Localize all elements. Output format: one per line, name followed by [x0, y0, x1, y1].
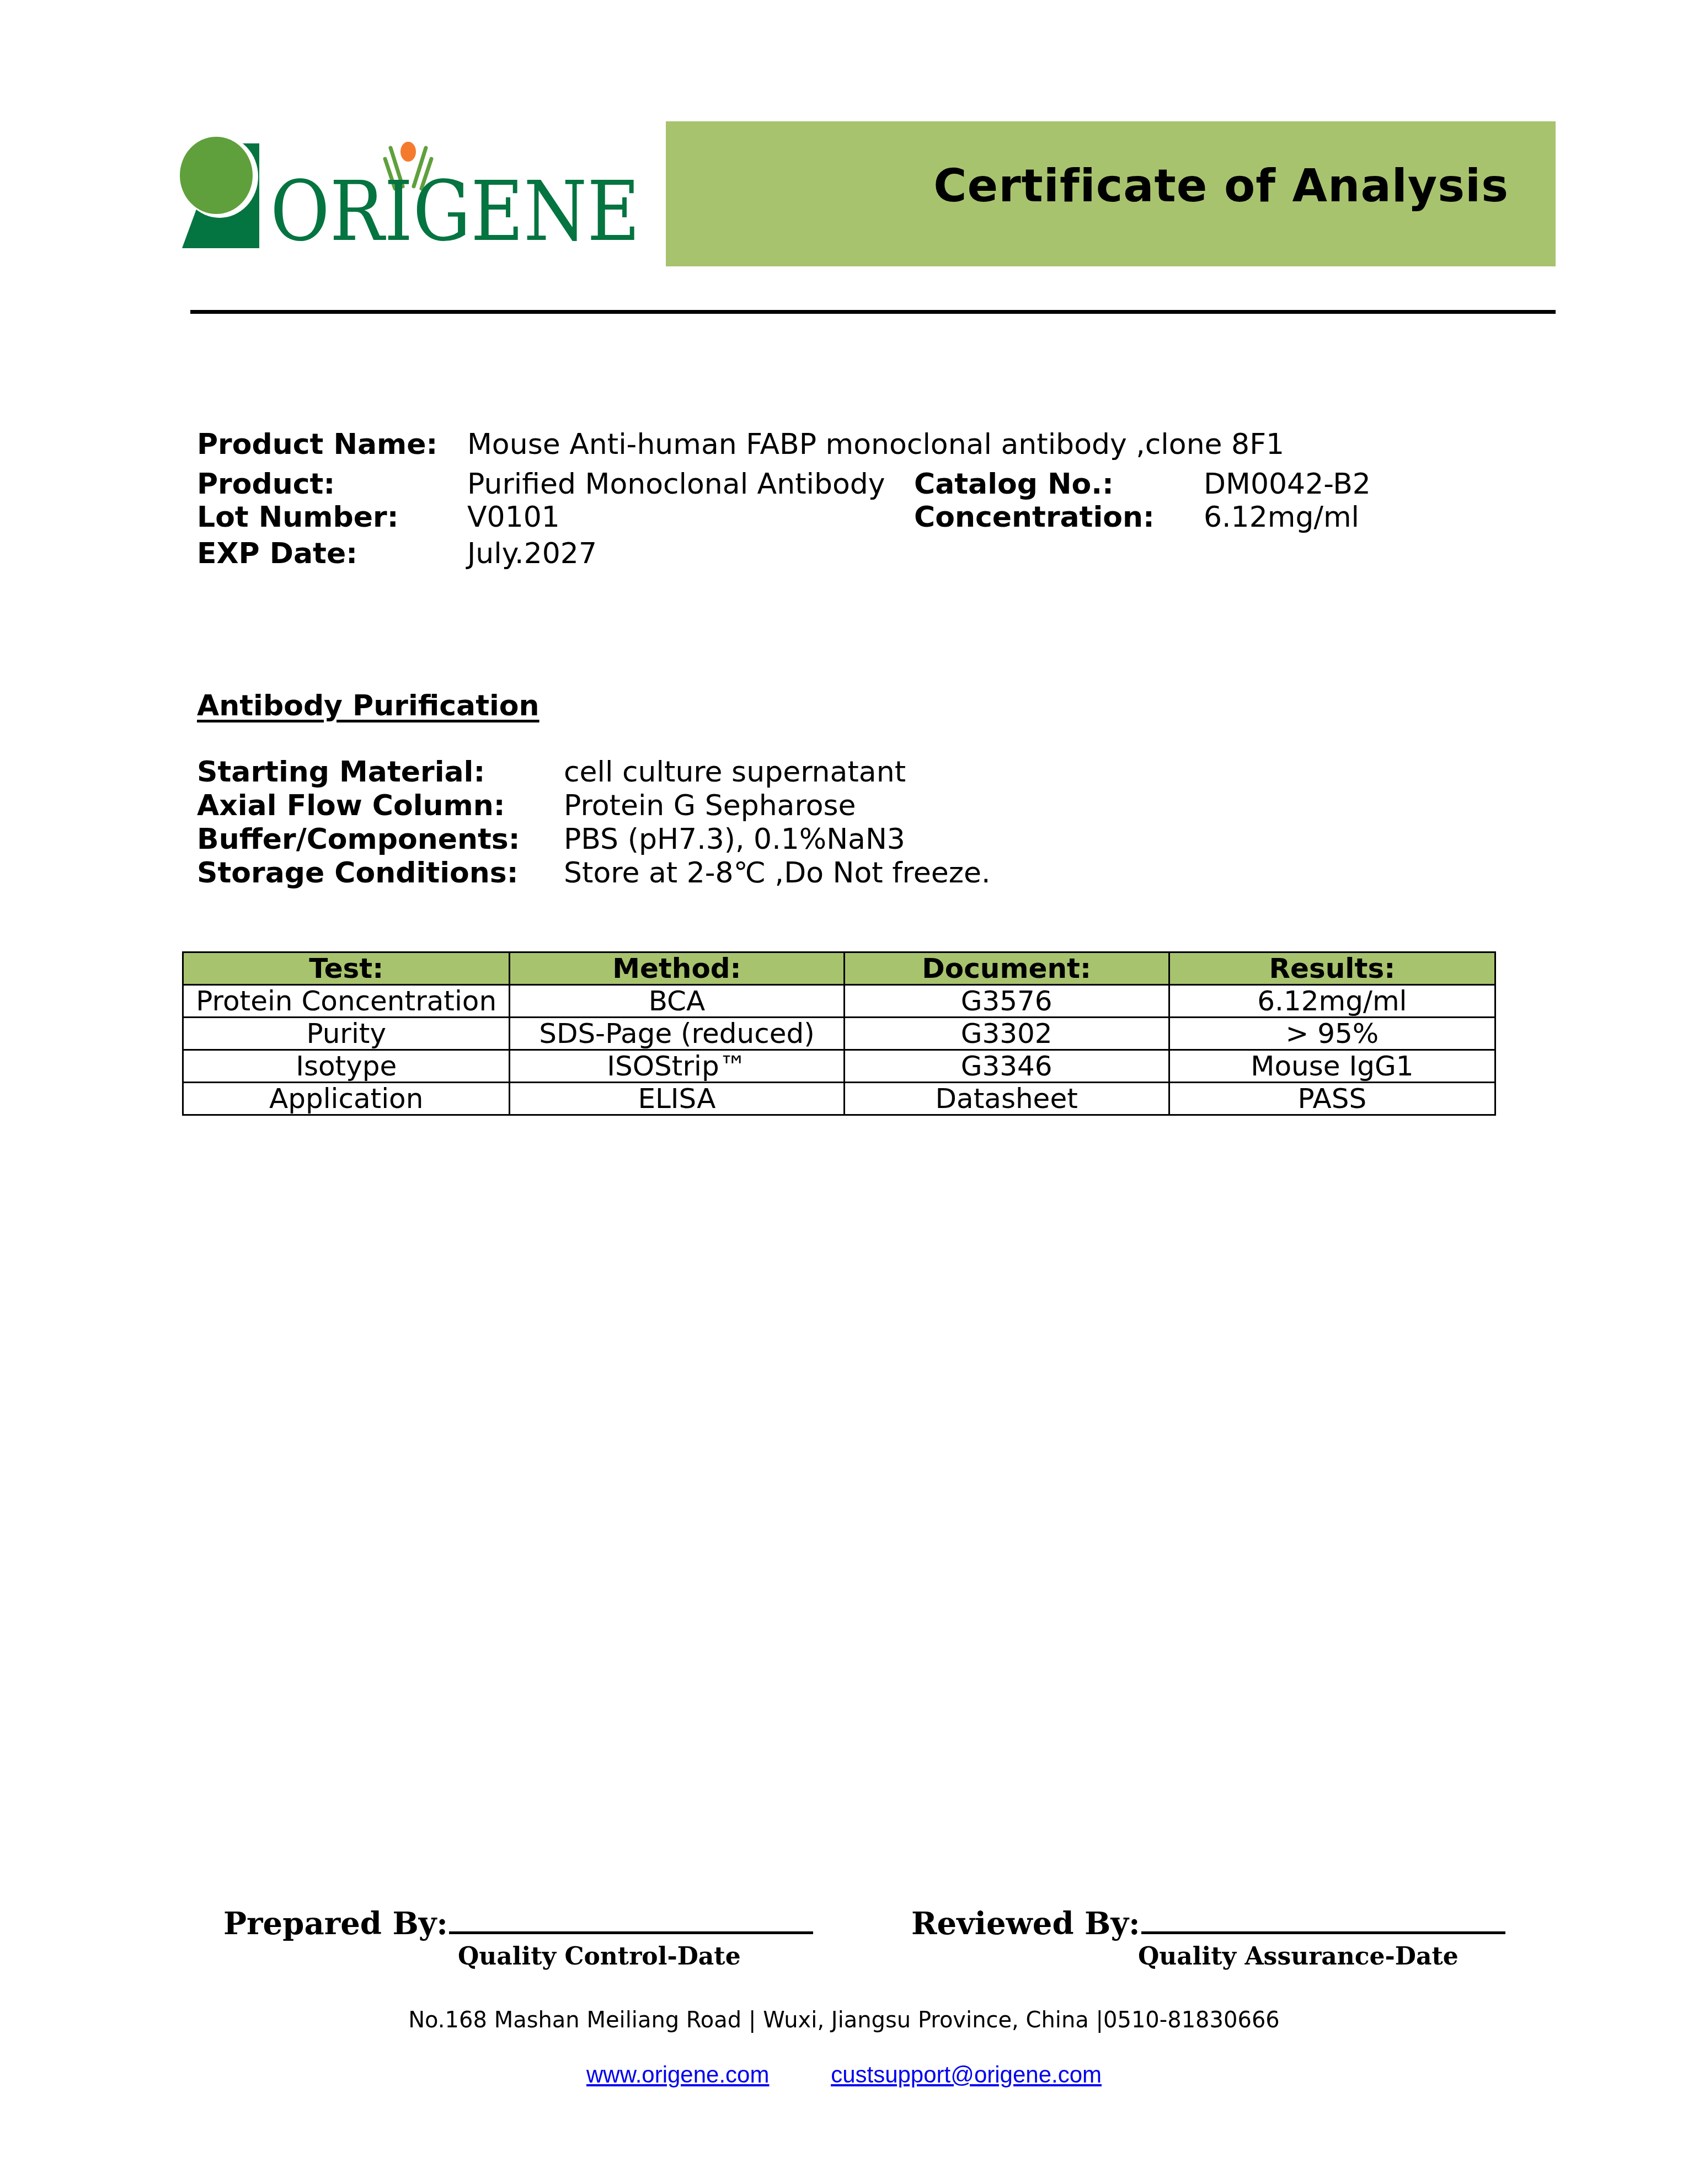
cell-method: SDS-Page (reduced) [510, 1018, 844, 1050]
purification-value: PBS (pH7.3), 0.1%NaN3 [564, 823, 905, 856]
origene-logo-icon: ORIGENE [177, 132, 645, 254]
cell-test: Application [183, 1083, 510, 1115]
cell-result: Mouse IgG1 [1169, 1050, 1495, 1083]
cell-method: BCA [510, 985, 844, 1018]
product-label: Product: [197, 467, 335, 501]
header-method: Method: [510, 952, 844, 985]
lot-number-label: Lot Number: [197, 500, 398, 534]
exp-date-label: EXP Date: [197, 537, 357, 571]
catalog-no-value: DM0042-B2 [1204, 467, 1371, 501]
purification-value: Protein G Sepharose [564, 789, 856, 822]
origene-logo: ORIGENE [177, 132, 645, 254]
cell-method: ISOStrip™ [510, 1050, 844, 1083]
header-results: Results: [1169, 952, 1495, 985]
cell-method: ELISA [510, 1083, 844, 1115]
purification-label: Buffer/Components: [197, 823, 520, 856]
table-row: Protein Concentration BCA G3576 6.12mg/m… [183, 985, 1495, 1018]
cell-result: PASS [1169, 1083, 1495, 1115]
catalog-no-label: Catalog No.: [914, 467, 1114, 501]
reviewed-by-subtitle: Quality Assurance-Date [1138, 1942, 1459, 1971]
reviewed-by-label: Reviewed By: [911, 1905, 1140, 1942]
header-test: Test: [183, 952, 510, 985]
results-table: Test: Method: Document: Results: Protein… [182, 951, 1496, 1116]
exp-date-value: July.2027 [467, 537, 597, 571]
reviewed-by-signature-line [1141, 1931, 1505, 1934]
cell-test: Purity [183, 1018, 510, 1050]
table-row: Application ELISA Datasheet PASS [183, 1083, 1495, 1115]
company-address: No.168 Mashan Meiliang Road | Wuxi, Jian… [0, 2008, 1688, 2033]
purification-value: cell culture supernatant [564, 756, 906, 789]
prepared-by-subtitle: Quality Control-Date [458, 1942, 741, 1971]
cell-document: Datasheet [844, 1083, 1169, 1115]
prepared-by-signature-line [449, 1931, 813, 1934]
cell-result: > 95% [1169, 1018, 1495, 1050]
document-title: Certificate of Analysis [933, 160, 1509, 212]
purification-label: Starting Material: [197, 756, 485, 789]
cell-test: Isotype [183, 1050, 510, 1083]
cell-document: G3302 [844, 1018, 1169, 1050]
title-band: Certificate of Analysis [666, 121, 1556, 266]
purification-label: Storage Conditions: [197, 857, 519, 890]
product-name-label: Product Name: [197, 427, 437, 462]
prepared-by-label: Prepared By: [223, 1905, 448, 1942]
lot-number-value: V0101 [467, 500, 560, 534]
svg-text:ORIGENE: ORIGENE [270, 164, 640, 254]
header-document: Document: [844, 952, 1169, 985]
purification-label: Axial Flow Column: [197, 789, 505, 822]
product-name-value: Mouse Anti-human FABP monoclonal antibod… [467, 427, 1284, 462]
product-info: Product Name: Mouse Anti-human FABP mono… [197, 427, 1521, 582]
reviewed-by: Reviewed By: [911, 1905, 1505, 1942]
concentration-value: 6.12mg/ml [1204, 500, 1359, 534]
website-link[interactable]: www.origene.com [586, 2062, 769, 2087]
purification-heading: Antibody Purification [197, 689, 539, 722]
cell-document: G3346 [844, 1050, 1169, 1083]
table-row: Purity SDS-Page (reduced) G3302 > 95% [183, 1018, 1495, 1050]
cell-document: G3576 [844, 985, 1169, 1018]
product-value: Purified Monoclonal Antibody [467, 467, 885, 501]
purification-value: Store at 2-8℃ ,Do Not freeze. [564, 857, 991, 890]
prepared-by: Prepared By: [223, 1905, 813, 1942]
concentration-label: Concentration: [914, 500, 1155, 534]
table-header-row: Test: Method: Document: Results: [183, 952, 1495, 985]
email-link[interactable]: custsupport@origene.com [831, 2062, 1102, 2087]
footer-links: www.origene.com custsupport@origene.com [0, 2062, 1688, 2088]
cell-result: 6.12mg/ml [1169, 985, 1495, 1018]
cell-test: Protein Concentration [183, 985, 510, 1018]
table-row: Isotype ISOStrip™ G3346 Mouse IgG1 [183, 1050, 1495, 1083]
header-divider [190, 310, 1556, 314]
